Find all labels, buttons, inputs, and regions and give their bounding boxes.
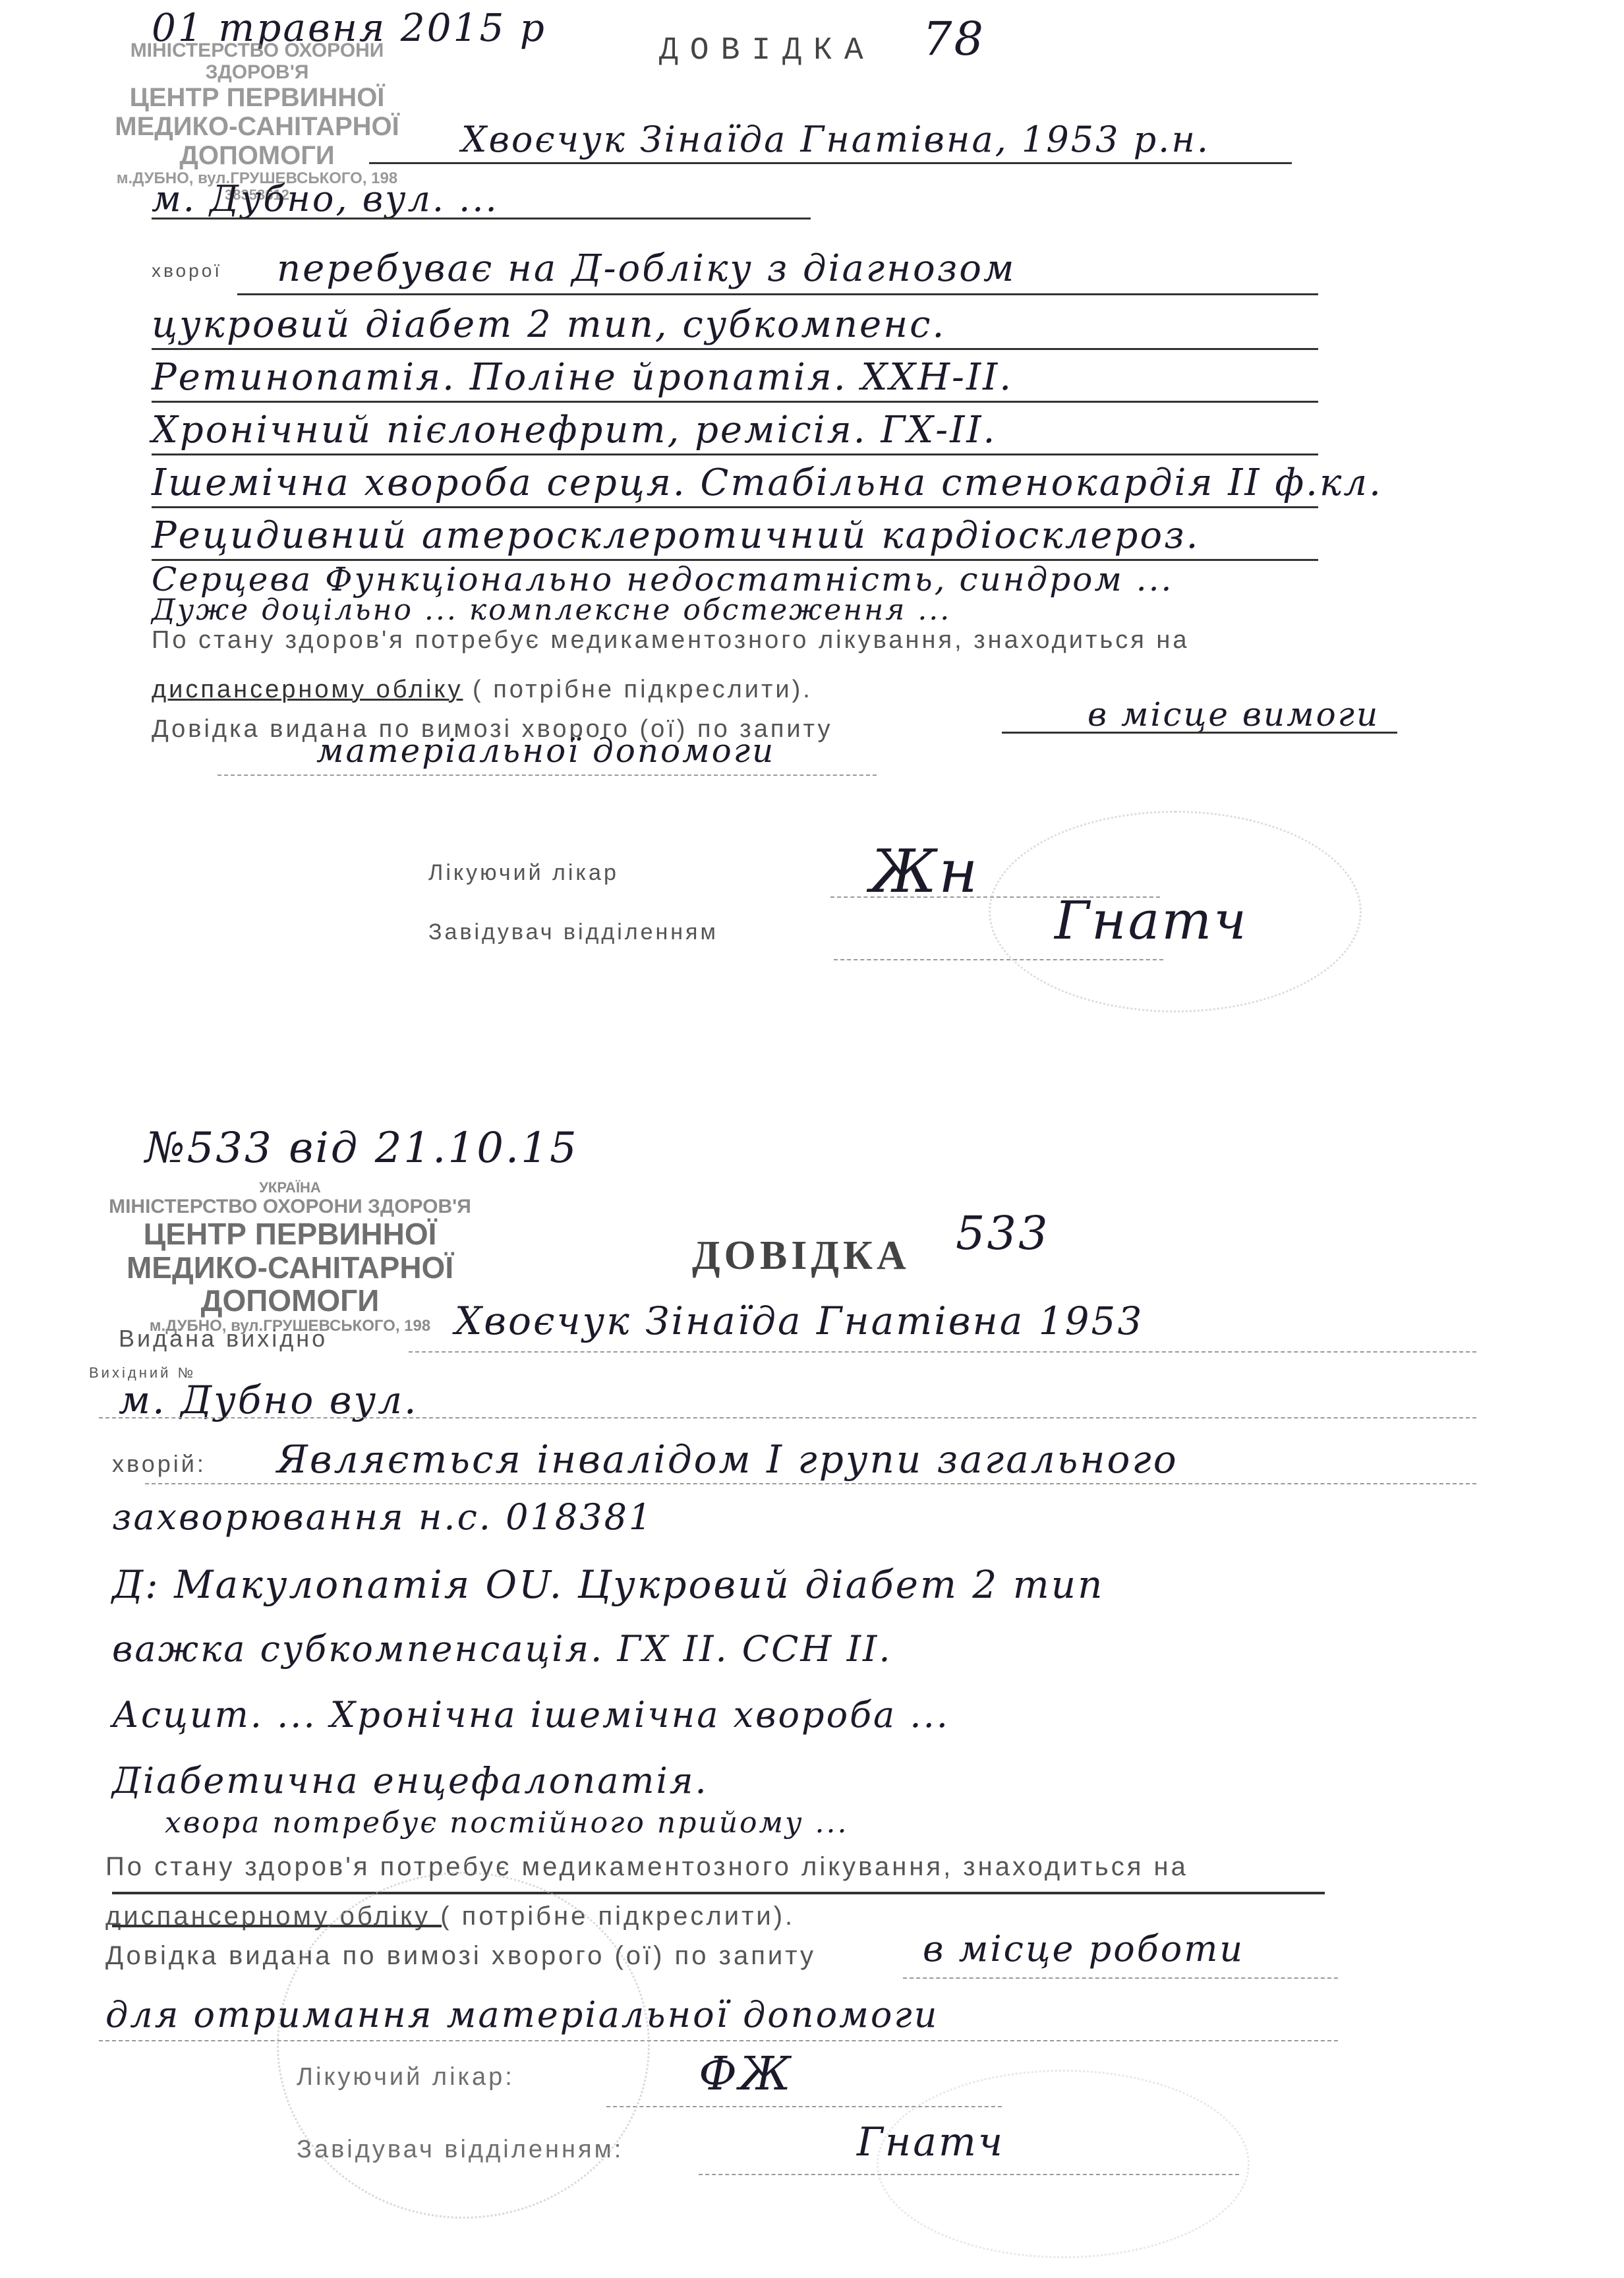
- stamp-country: УКРАЇНА: [86, 1180, 494, 1196]
- diagnosis-line: цукровий діабет 2 тип, субкомпенс.: [152, 303, 946, 346]
- handwritten-reference: №533 від 21.10.15: [145, 1124, 579, 1173]
- certificate-title-2: ДОВІДКА: [692, 1233, 910, 1279]
- stamp-center: ЦЕНТР ПЕРВИННОЇ: [92, 83, 422, 112]
- request-reason-2a: в місце роботи: [923, 1928, 1244, 1970]
- issued-label: Видана вихідно: [119, 1325, 328, 1353]
- diagnosis-line: Дуже доцільно ... комплексне обстеження …: [152, 593, 951, 627]
- issued-to-2: Хвоєчук Зінаїда Гнатівна 1953: [455, 1299, 1144, 1343]
- stamp-center: ЦЕНТР ПЕРВИННОЇ: [86, 1217, 494, 1251]
- certificate-number: 78: [923, 12, 985, 66]
- address: м. Дубно, вул. ...: [152, 178, 499, 219]
- dispensary-note: ( потрібне підкреслити).: [473, 676, 813, 703]
- head-label: Завідувач відділенням: [428, 920, 718, 945]
- stamp-ministry: МІНІСТЕРСТВО ОХОРОНИ ЗДОРОВ'Я: [92, 40, 422, 83]
- diagnosis-line: Діабетична енцефалопатія.: [112, 1760, 709, 1801]
- stamp-ministry: МІНІСТЕРСТВО ОХОРОНИ ЗДОРОВ'Я: [86, 1196, 494, 1217]
- diagnosis-line: хвора потребує постійного прийому ...: [165, 1806, 848, 1840]
- round-seal-1: [989, 811, 1362, 1012]
- diagnosis-line: перебуває на Д-обліку з діагнозом: [277, 247, 1016, 290]
- doctor-label: Лікуючий лікар: [428, 860, 619, 886]
- address-2: м. Дубно вул.: [119, 1378, 419, 1422]
- stamp-care: МЕДИКО-САНІТАРНОЇ ДОПОМОГИ: [92, 112, 422, 170]
- request-reason-2: матеріальної допомоги: [316, 732, 775, 770]
- diagnosis-line: захворювання н.с. 018381: [112, 1496, 653, 1538]
- institution-stamp-2: УКРАЇНА МІНІСТЕРСТВО ОХОРОНИ ЗДОРОВ'Я ЦЕ…: [86, 1180, 494, 1335]
- doctor-signature-2: ФЖ: [699, 2047, 793, 2101]
- diagnosis-line: Д: Макулопатія ОU. Цукровий діабет 2 тип: [112, 1562, 1104, 1607]
- diagnosis-line: Являється інвалідом І групи загального: [277, 1437, 1178, 1482]
- dispensary-line: диспансерному обліку ( потрібне підкресл…: [152, 676, 813, 704]
- dispensary-underlined: диспансерному обліку: [152, 676, 463, 703]
- round-seal-2: [277, 1872, 650, 2219]
- patient-label-2: хворій:: [112, 1450, 206, 1478]
- doctor-signature: Жн: [870, 837, 979, 906]
- diagnosis-line: Ішемічна хвороба серця. Стабільна стенок…: [152, 461, 1383, 504]
- diagnosis-line: Хронічний пієлонефрит, ремісія. ГХ-ІІ.: [152, 409, 997, 452]
- stamp-care: МЕДИКО-САНІТАРНОЇ ДОПОМОГИ: [86, 1251, 494, 1318]
- diagnosis-line: Рецидивний атеросклеротичний кардіосклер…: [152, 514, 1200, 557]
- request-reason-1: в місце вимоги: [1087, 695, 1379, 734]
- diagnosis-line: Ретинопатія. Поліне йропатія. ХХН-ІІ.: [152, 356, 1013, 399]
- certificate-title: ДОВІДКА: [659, 33, 875, 69]
- round-seal-3: [877, 2070, 1250, 2258]
- treatment-statement: По стану здоров'я потребує медикаментозн…: [152, 626, 1190, 655]
- certificate-number-2: 533: [956, 1206, 1050, 1260]
- patient-label: хворої: [152, 260, 222, 281]
- diagnosis-line: Асцит. ... Хронічна ішемічна хвороба ...: [112, 1694, 950, 1736]
- treatment-statement-2: По стану здоров'я потребує медикаментозн…: [105, 1852, 1188, 1882]
- issued-to: Хвоєчук Зінаїда Гнатівна, 1953 р.н.: [461, 119, 1210, 160]
- diagnosis-line: важка субкомпенсація. ГХ ІІ. ССН ІІ.: [112, 1628, 892, 1670]
